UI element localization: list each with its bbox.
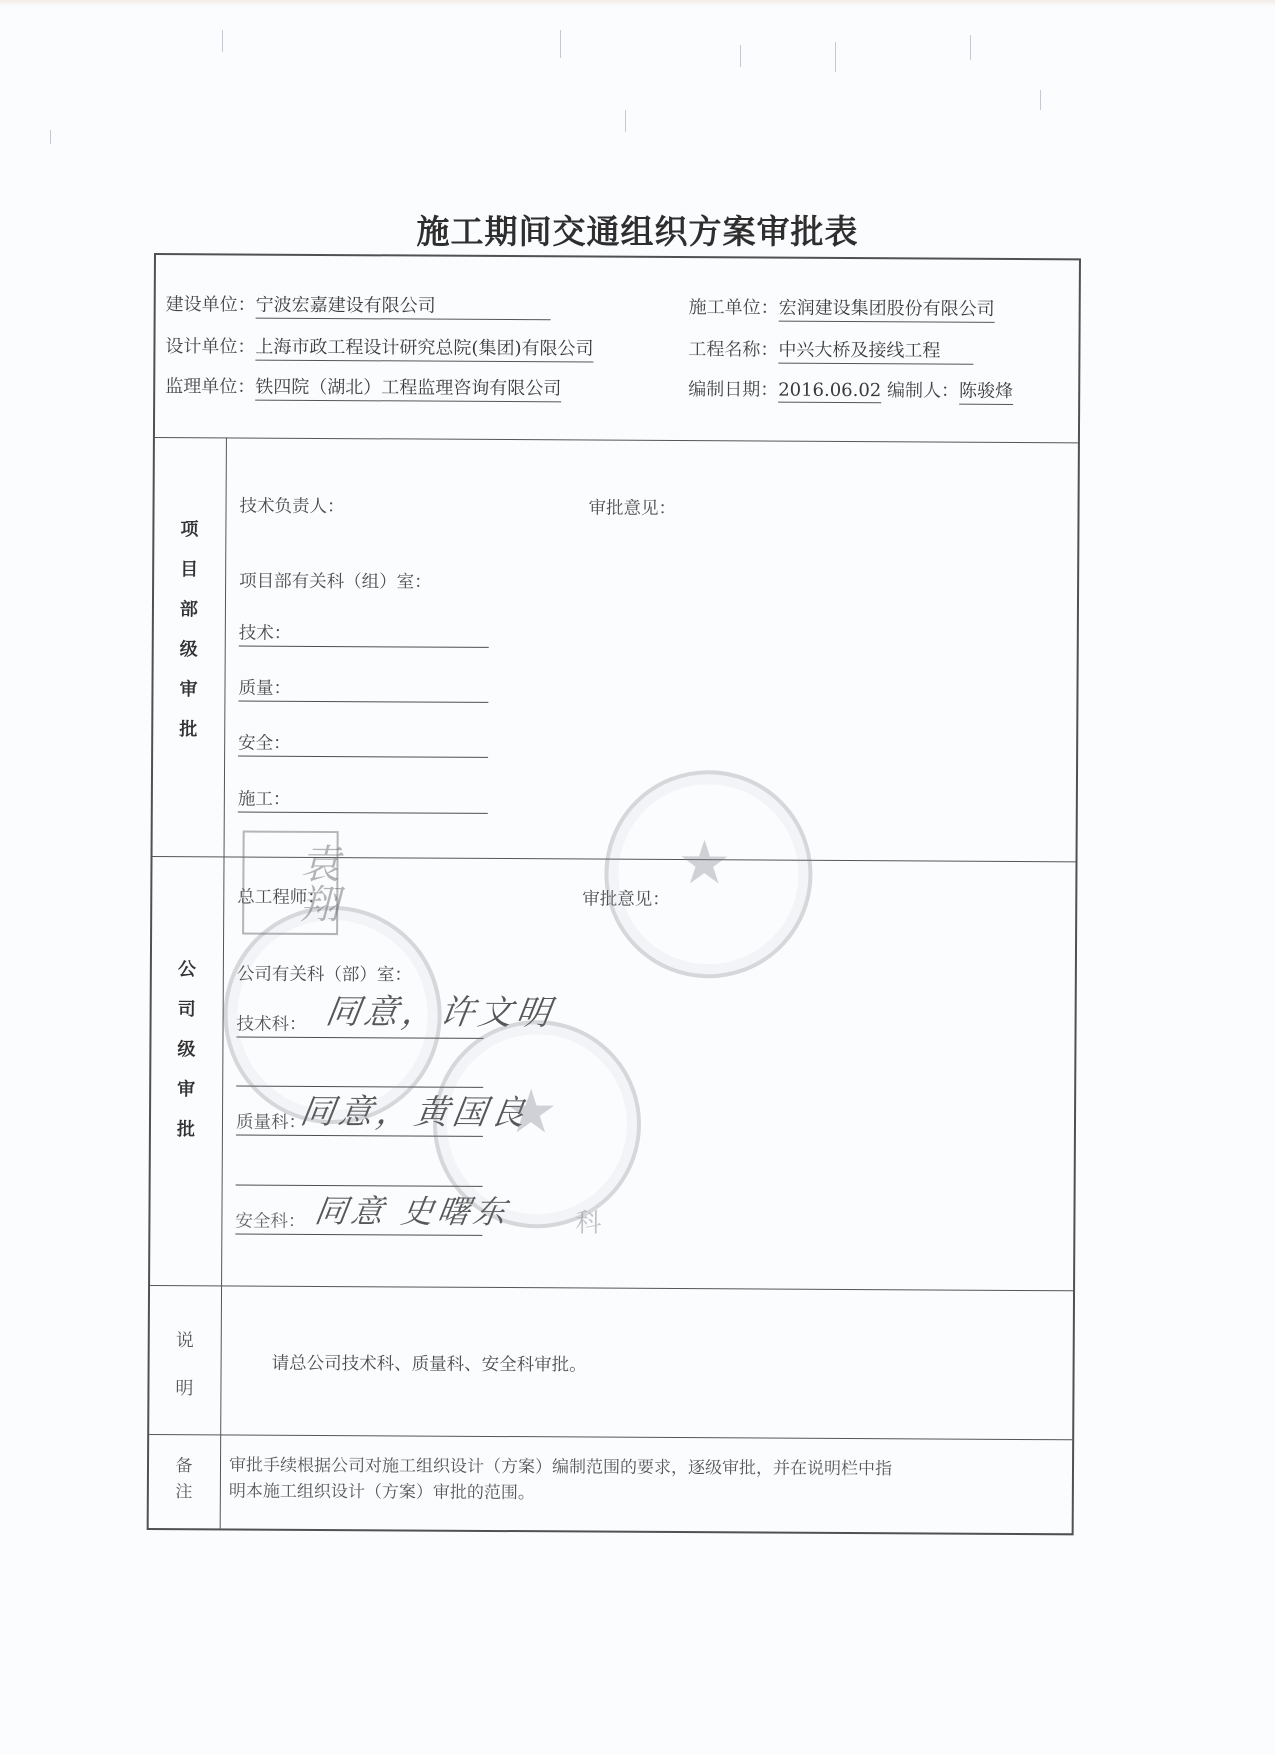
project-safety-field: 安全：: [238, 729, 291, 754]
project-safety-line[interactable]: [238, 755, 488, 757]
explanation-text: 请总公司技术科、质量科、安全科审批。: [272, 1350, 587, 1377]
company-safety-field: 安全科：: [235, 1207, 305, 1232]
scan-speck: [50, 130, 51, 144]
page-title: 施工期间交通组织方案审批表: [0, 206, 1275, 253]
label-char: 说: [170, 1317, 200, 1365]
design-unit-value: 上海市政工程设计研究总院(集团)有限公司: [255, 333, 593, 363]
remarks-text-line: 审批手续根据公司对施工组织设计（方案）编制范围的要求，逐级审批，并在说明栏中指: [229, 1452, 892, 1482]
scan-speck: [835, 42, 836, 72]
project-name-label: 工程名称：: [688, 339, 778, 361]
supervision-unit-row: 监理单位：铁四院（湖北）工程监理咨询有限公司: [165, 372, 561, 402]
project-tech-field: 技术：: [239, 619, 292, 644]
row-divider: [149, 1434, 1072, 1440]
tech-dept-seal-round: [223, 905, 442, 1124]
label-char: 目: [174, 550, 204, 590]
company-safety-line[interactable]: [235, 1233, 482, 1235]
project-name-value: 中兴大桥及接线工程: [778, 336, 973, 365]
approval-form-table: 建设单位：宁波宏嘉建设有限公司 施工单位：宏润建设集团股份有限公司 设计单位：上…: [147, 253, 1081, 1535]
project-tech-line[interactable]: [239, 645, 489, 647]
label-column-divider: [220, 437, 227, 1528]
scan-speck: [222, 30, 223, 52]
row-divider: [150, 1285, 1073, 1291]
project-dept-label: 项目部有关科（组）室：: [239, 567, 432, 593]
project-quality-field: 质量：: [238, 674, 291, 699]
scan-speck: [740, 45, 741, 67]
builder-label: 施工单位：: [689, 297, 779, 319]
label-char: 级: [171, 1030, 201, 1070]
label-char: 备: [169, 1453, 199, 1479]
remarks-text-line: 明本施工组织设计（方案）审批的范围。: [229, 1478, 892, 1508]
row-divider: [155, 437, 1078, 443]
builder-row: 施工单位：宏润建设集团股份有限公司: [689, 293, 995, 323]
builder-value: 宏润建设集团股份有限公司: [779, 294, 995, 323]
label-char: 批: [171, 1110, 201, 1150]
scan-edge: [0, 0, 1275, 6]
label-char: 审: [171, 1070, 201, 1110]
date-author-row: 编制日期：2016.06.02 编制人：陈骏烽: [688, 375, 1013, 405]
remarks-text: 审批手续根据公司对施工组织设计（方案）编制范围的要求，逐级审批，并在说明栏中指 …: [229, 1452, 892, 1508]
scan-speck: [970, 35, 971, 60]
label-char: 项: [174, 510, 204, 550]
tech-lead-field: 技术负责人：: [239, 492, 344, 518]
design-unit-row: 设计单位：上海市政工程设计研究总院(集团)有限公司: [165, 332, 593, 362]
project-opinion-label: 审批意见：: [588, 495, 676, 521]
project-name-row: 工程名称：中兴大桥及接线工程: [688, 335, 973, 365]
construction-unit-value: 宁波宏嘉建设有限公司: [256, 291, 551, 321]
date-label: 编制日期：: [688, 379, 778, 401]
project-quality-line[interactable]: [238, 700, 488, 702]
project-level-approval-label: 项 目 部 级 审 批: [173, 510, 204, 750]
label-char: 审: [173, 670, 203, 710]
design-unit-label: 设计单位：: [165, 336, 255, 358]
label-char: 明: [169, 1365, 199, 1413]
scan-speck: [625, 110, 626, 132]
remarks-label: 备 注: [169, 1453, 199, 1505]
label-char: 部: [174, 590, 204, 630]
scan-speck: [1040, 90, 1041, 110]
construction-unit-label: 建设单位：: [166, 294, 256, 316]
supervision-unit-label: 监理单位：: [165, 376, 255, 398]
project-construction-field: 施工：: [238, 785, 291, 810]
seal-star-icon: ★: [504, 1077, 558, 1147]
company-level-approval-label: 公 司 级 审 批: [171, 950, 202, 1150]
label-char: 公: [172, 950, 202, 990]
construction-unit-row: 建设单位：宁波宏嘉建设有限公司: [166, 290, 551, 320]
label-char: 级: [174, 630, 204, 670]
seal-star-icon: ★: [677, 828, 731, 898]
label-char: 注: [169, 1479, 199, 1505]
project-construction-line[interactable]: [238, 811, 488, 813]
label-char: 批: [173, 710, 203, 750]
author-value: 陈骏烽: [959, 377, 1013, 405]
label-char: 司: [172, 990, 202, 1030]
scan-speck: [560, 30, 561, 58]
seal-partial-text: 科: [575, 1202, 601, 1239]
date-value: 2016.06.02: [778, 380, 881, 404]
author-label: 编制人：: [887, 380, 959, 401]
explanation-label: 说 明: [169, 1317, 200, 1413]
supervision-unit-value: 铁四院（湖北）工程监理咨询有限公司: [255, 373, 561, 403]
